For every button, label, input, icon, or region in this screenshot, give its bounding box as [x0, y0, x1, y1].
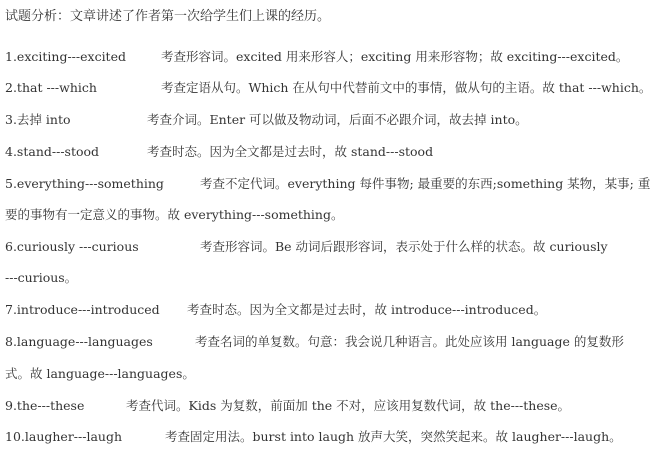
answer-item-7: 7.introduce---introduced 考查时态。因为全文都是过去时，… [5, 302, 160, 318]
answer-item-3: 3.去掉 into 考查介词。Enter 可以做及物动词，后面不必跟介词，故去掉… [5, 112, 71, 128]
answer-correction: 8.language---languages [5, 334, 153, 350]
answer-explanation: 考查固定用法。burst into laugh 放声大笑，突然笑起来。故 lau… [165, 429, 622, 445]
answer-correction: 6.curiously ---curious [5, 239, 139, 255]
answer-item-6-continuation: ---curious。 [5, 270, 77, 286]
answer-correction: 10.laugher---laugh [5, 429, 122, 445]
answer-item-4: 4.stand---stood 考查时态。因为全文都是过去时，故 stand--… [5, 144, 99, 160]
answer-explanation: 考查时态。因为全文都是过去时，故 introduce---introduced。 [187, 302, 546, 318]
answer-correction: 3.去掉 into [5, 112, 71, 128]
answer-correction: 9.the---these [5, 398, 84, 414]
answer-explanation: 考查定语从句。Which 在从句中代替前文中的事情，做从句的主语。故 that … [161, 80, 651, 96]
answer-item-2: 2.that ---which 考查定语从句。Which 在从句中代替前文中的事… [5, 80, 97, 96]
answer-explanation: 考查不定代词。everything 每件事物; 最重要的东西;something… [200, 176, 650, 192]
answer-item-8: 8.language---languages 考查名词的单复数。句意：我会说几种… [5, 334, 153, 350]
answer-correction: 5.everything---something [5, 176, 164, 192]
answer-explanation: 考查介词。Enter 可以做及物动词，后面不必跟介词，故去掉 into。 [147, 112, 528, 128]
answer-item-9: 9.the---these 考查代词。Kids 为复数，前面加 the 不对，应… [5, 398, 84, 414]
answer-correction: 4.stand---stood [5, 144, 99, 160]
answer-item-5: 5.everything---something 考查不定代词。everythi… [5, 176, 164, 192]
answer-explanation: 考查时态。因为全文都是过去时，故 stand---stood [147, 144, 433, 160]
analysis-intro: 试题分析：文章讲述了作者第一次给学生们上课的经历。 [5, 9, 330, 25]
answer-correction: 1.exciting---excited [5, 49, 126, 65]
answer-item-6: 6.curiously ---curious 考查形容词。Be 动词后跟形容词，… [5, 239, 139, 255]
answer-item-8-continuation: 式。故 language---languages。 [5, 366, 195, 382]
answer-correction: 2.that ---which [5, 80, 97, 96]
answer-item-1: 1.exciting---excited 考查形容词。excited 用来形容人… [5, 49, 126, 65]
answer-explanation: 考查名词的单复数。句意：我会说几种语言。此处应该用 language 的复数形 [195, 334, 624, 350]
answer-explanation: 考查代词。Kids 为复数，前面加 the 不对，应该用复数代词，故 the--… [126, 398, 570, 414]
answer-item-10: 10.laugher---laugh 考查固定用法。burst into lau… [5, 429, 122, 445]
answer-item-5-continuation: 要的事物有一定意义的事物。故 everything---something。 [5, 207, 343, 223]
answer-explanation: 考查形容词。Be 动词后跟形容词，表示处于什么样的状态。故 curiously [200, 239, 608, 255]
answer-correction: 7.introduce---introduced [5, 302, 160, 318]
answer-explanation: 考查形容词。excited 用来形容人；exciting 用来形容物；故 exc… [161, 49, 628, 65]
